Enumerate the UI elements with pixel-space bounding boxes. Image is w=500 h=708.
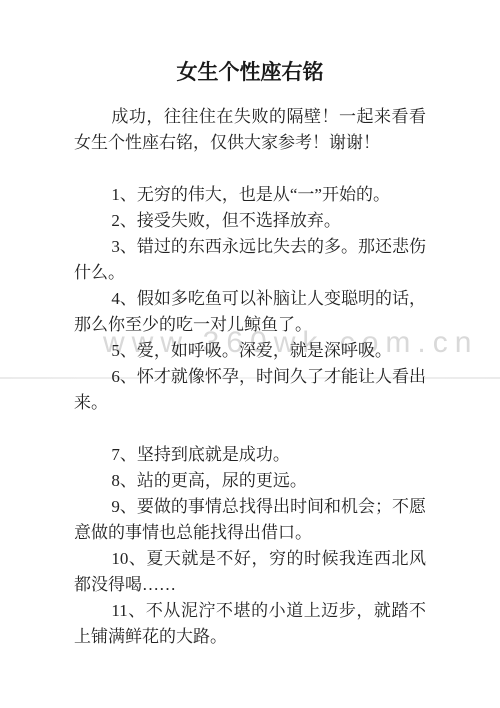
document-content: 成功，往往住在失败的隔壁！一起来看看女生个性座右铭，仅供大家参考！谢谢！ 1、无… (0, 104, 500, 650)
quotes-list-group-1: 1、无穷的伟大，也是从“一”开始的。 2、接受失败，但不选择放弃。 3、错过的东… (74, 182, 426, 416)
intro-paragraph: 成功，往往住在失败的隔壁！一起来看看女生个性座右铭，仅供大家参考！谢谢！ (74, 104, 426, 156)
quote-item: 1、无穷的伟大，也是从“一”开始的。 (74, 182, 426, 208)
page-title: 女生个性座右铭 (0, 0, 500, 87)
quotes-list-group-2: 7、坚持到底就是成功。 8、站的更高，尿的更远。 9、要做的事情总找得出时间和机… (74, 442, 426, 650)
quote-item: 4、假如多吃鱼可以补脑让人变聪明的话，那么你至少的吃一对儿鲸鱼了。 (74, 286, 426, 338)
quote-item: 7、坚持到底就是成功。 (74, 442, 426, 468)
quote-item: 11、不从泥泞不堪的小道上迈步，就踏不上铺满鲜花的大路。 (74, 598, 426, 650)
document-page: www.360wk.com.cn 女生个性座右铭 成功，往往住在失败的隔壁！一起… (0, 0, 500, 708)
quote-item: 6、怀才就像怀孕，时间久了才能让人看出来。 (74, 364, 426, 416)
quote-item: 2、接受失败，但不选择放弃。 (74, 208, 426, 234)
quote-item: 8、站的更高，尿的更远。 (74, 468, 426, 494)
quote-item: 9、要做的事情总找得出时间和机会；不愿意做的事情也总能找得出借口。 (74, 494, 426, 546)
quote-item: 3、错过的东西永远比失去的多。那还悲伤什么。 (74, 234, 426, 286)
quote-item: 10、夏天就是不好，穷的时候我连西北风都没得喝…… (74, 546, 426, 598)
quote-item: 5、爱，如呼吸。深爱，就是深呼吸。 (74, 338, 426, 364)
